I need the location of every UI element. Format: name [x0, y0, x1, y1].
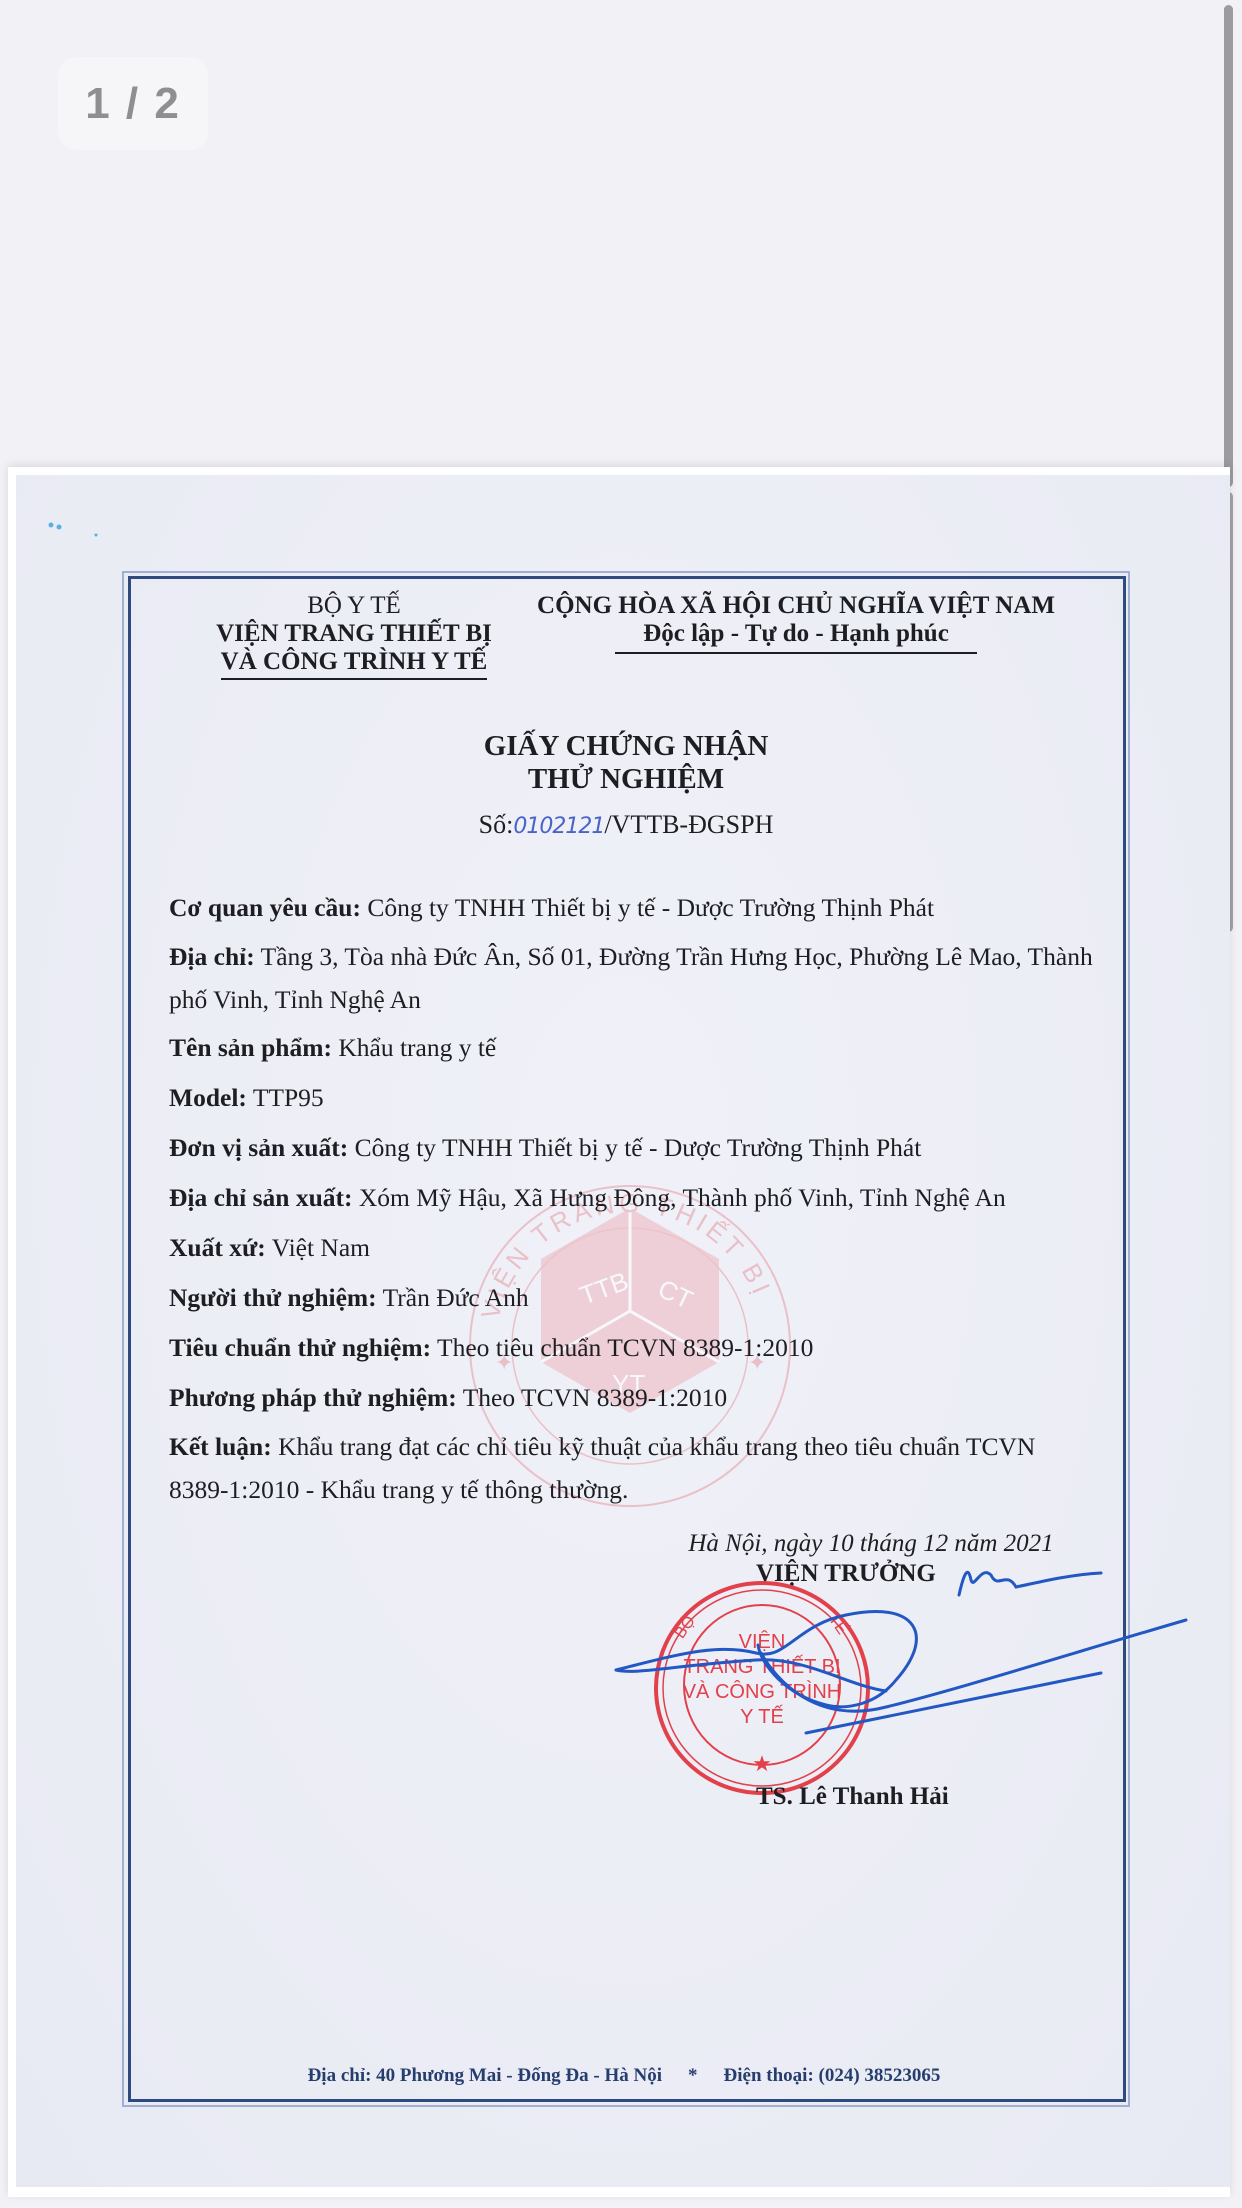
field-value: Công ty TNHH Thiết bị y tế - Dược Trường… [367, 893, 934, 922]
national-header: CỘNG HÒA XÃ HỘI CHỦ NGHĨA VIỆT NAM Độc l… [526, 592, 1066, 654]
field-value: TTP95 [253, 1083, 324, 1112]
field-conclusion: Kết luận: Khẩu trang đạt các chỉ tiêu kỹ… [169, 1425, 1099, 1511]
field-value: Khẩu trang y tế [338, 1033, 496, 1062]
title-line1: GIẤY CHỨNG NHẬN [316, 730, 936, 763]
field-test-standard: Tiêu chuẩn thử nghiệm: Theo tiêu chuẩn T… [169, 1325, 1099, 1371]
title-line2: THỬ NGHIỆM [316, 763, 936, 796]
field-tester: Người thử nghiệm: Trần Đức Anh [169, 1275, 1099, 1321]
certificate-title: GIẤY CHỨNG NHẬN THỬ NGHIỆM [316, 730, 936, 796]
field-product-name: Tên sản phẩm: Khẩu trang y tế [169, 1025, 1099, 1071]
footer-address: Địa chỉ: 40 Phương Mai - Đống Đa - Hà Nộ… [308, 2065, 662, 2086]
field-value: Theo TCVN 8389-1:2010 [463, 1383, 727, 1412]
field-value: Khẩu trang đạt các chỉ tiêu kỹ thuật của… [169, 1432, 1035, 1504]
field-value: Việt Nam [272, 1233, 370, 1262]
field-value: Trần Đức Anh [383, 1283, 529, 1312]
field-value: Xóm Mỹ Hậu, Xã Hưng Đông, Thành phố Vinh… [359, 1183, 1006, 1212]
field-value: Theo tiêu chuẩn TCVN 8389-1:2010 [437, 1333, 813, 1362]
field-value: Tầng 3, Tòa nhà Đức Ân, Số 01, Đường Trầ… [169, 942, 1093, 1014]
field-requesting-agency: Cơ quan yêu cầu: Công ty TNHH Thiết bị y… [169, 885, 1099, 931]
field-label: Đơn vị sản xuất: [169, 1133, 348, 1162]
certificate-fields: Cơ quan yêu cầu: Công ty TNHH Thiết bị y… [169, 885, 1099, 1515]
field-label: Xuất xứ: [169, 1233, 266, 1262]
signatory-title: VIỆN TRƯỞNG [756, 1560, 936, 1588]
field-label: Địa chỉ: [169, 942, 255, 971]
page-counter: 1 / 2 [58, 57, 208, 150]
issuer-header: BỘ Y TẾ VIỆN TRANG THIẾT BỊ VÀ CÔNG TRÌN… [204, 592, 504, 680]
signatory-name: TS. Lê Thanh Hải [756, 1783, 949, 1811]
number-suffix: /VTTB-ĐGSPH [604, 810, 773, 839]
institute-name-line1: VIỆN TRANG THIẾT BỊ [204, 620, 504, 648]
institute-name-line2: VÀ CÔNG TRÌNH Y TẾ [221, 648, 488, 680]
field-manufacturer: Đơn vị sản xuất: Công ty TNHH Thiết bị y… [169, 1125, 1099, 1171]
field-label: Model: [169, 1083, 247, 1112]
field-label: Kết luận: [169, 1432, 272, 1461]
field-value: Công ty TNHH Thiết bị y tế - Dược Trường… [355, 1133, 922, 1162]
footer-contact: Địa chỉ: 40 Phương Mai - Đống Đa - Hà Nộ… [131, 2065, 1117, 2087]
field-label: Cơ quan yêu cầu: [169, 893, 361, 922]
field-label: Tiêu chuẩn thử nghiệm: [169, 1333, 431, 1362]
number-prefix: Số: [479, 810, 514, 839]
certificate-number: Số:0102121/VTTB-ĐGSPH [316, 810, 936, 840]
field-test-method: Phương pháp thử nghiệm: Theo TCVN 8389-1… [169, 1375, 1099, 1421]
national-motto: Độc lập - Tự do - Hạnh phúc [615, 620, 977, 654]
field-manufacturing-address: Địa chỉ sản xuất: Xóm Mỹ Hậu, Xã Hưng Đô… [169, 1175, 1099, 1221]
field-label: Phương pháp thử nghiệm: [169, 1383, 457, 1412]
scanned-certificate: TTB CT YT VIỆN TRANG THIẾT BỊ ✦ ✦ BỘ Y T… [16, 475, 1230, 2187]
scrollbar[interactable] [1224, 5, 1233, 487]
field-label: Địa chỉ sản xuất: [169, 1183, 352, 1212]
field-model: Model: TTP95 [169, 1075, 1099, 1121]
footer-separator: * [688, 2065, 698, 2086]
field-origin: Xuất xứ: Việt Nam [169, 1225, 1099, 1271]
ministry-name: BỘ Y TẾ [204, 592, 504, 620]
document-page[interactable]: TTB CT YT VIỆN TRANG THIẾT BỊ ✦ ✦ BỘ Y T… [8, 467, 1230, 2197]
footer-phone: Điện thoại: (024) 38523065 [724, 2065, 941, 2086]
field-label: Tên sản phẩm: [169, 1033, 332, 1062]
national-title: CỘNG HÒA XÃ HỘI CHỦ NGHĨA VIỆT NAM [526, 592, 1066, 620]
field-address: Địa chỉ: Tầng 3, Tòa nhà Đức Ân, Số 01, … [169, 935, 1099, 1021]
handwritten-number: 0102121 [513, 814, 604, 839]
signature-date: Hà Nội, ngày 10 tháng 12 năm 2021 [666, 1530, 1076, 1558]
field-label: Người thử nghiệm: [169, 1283, 377, 1312]
